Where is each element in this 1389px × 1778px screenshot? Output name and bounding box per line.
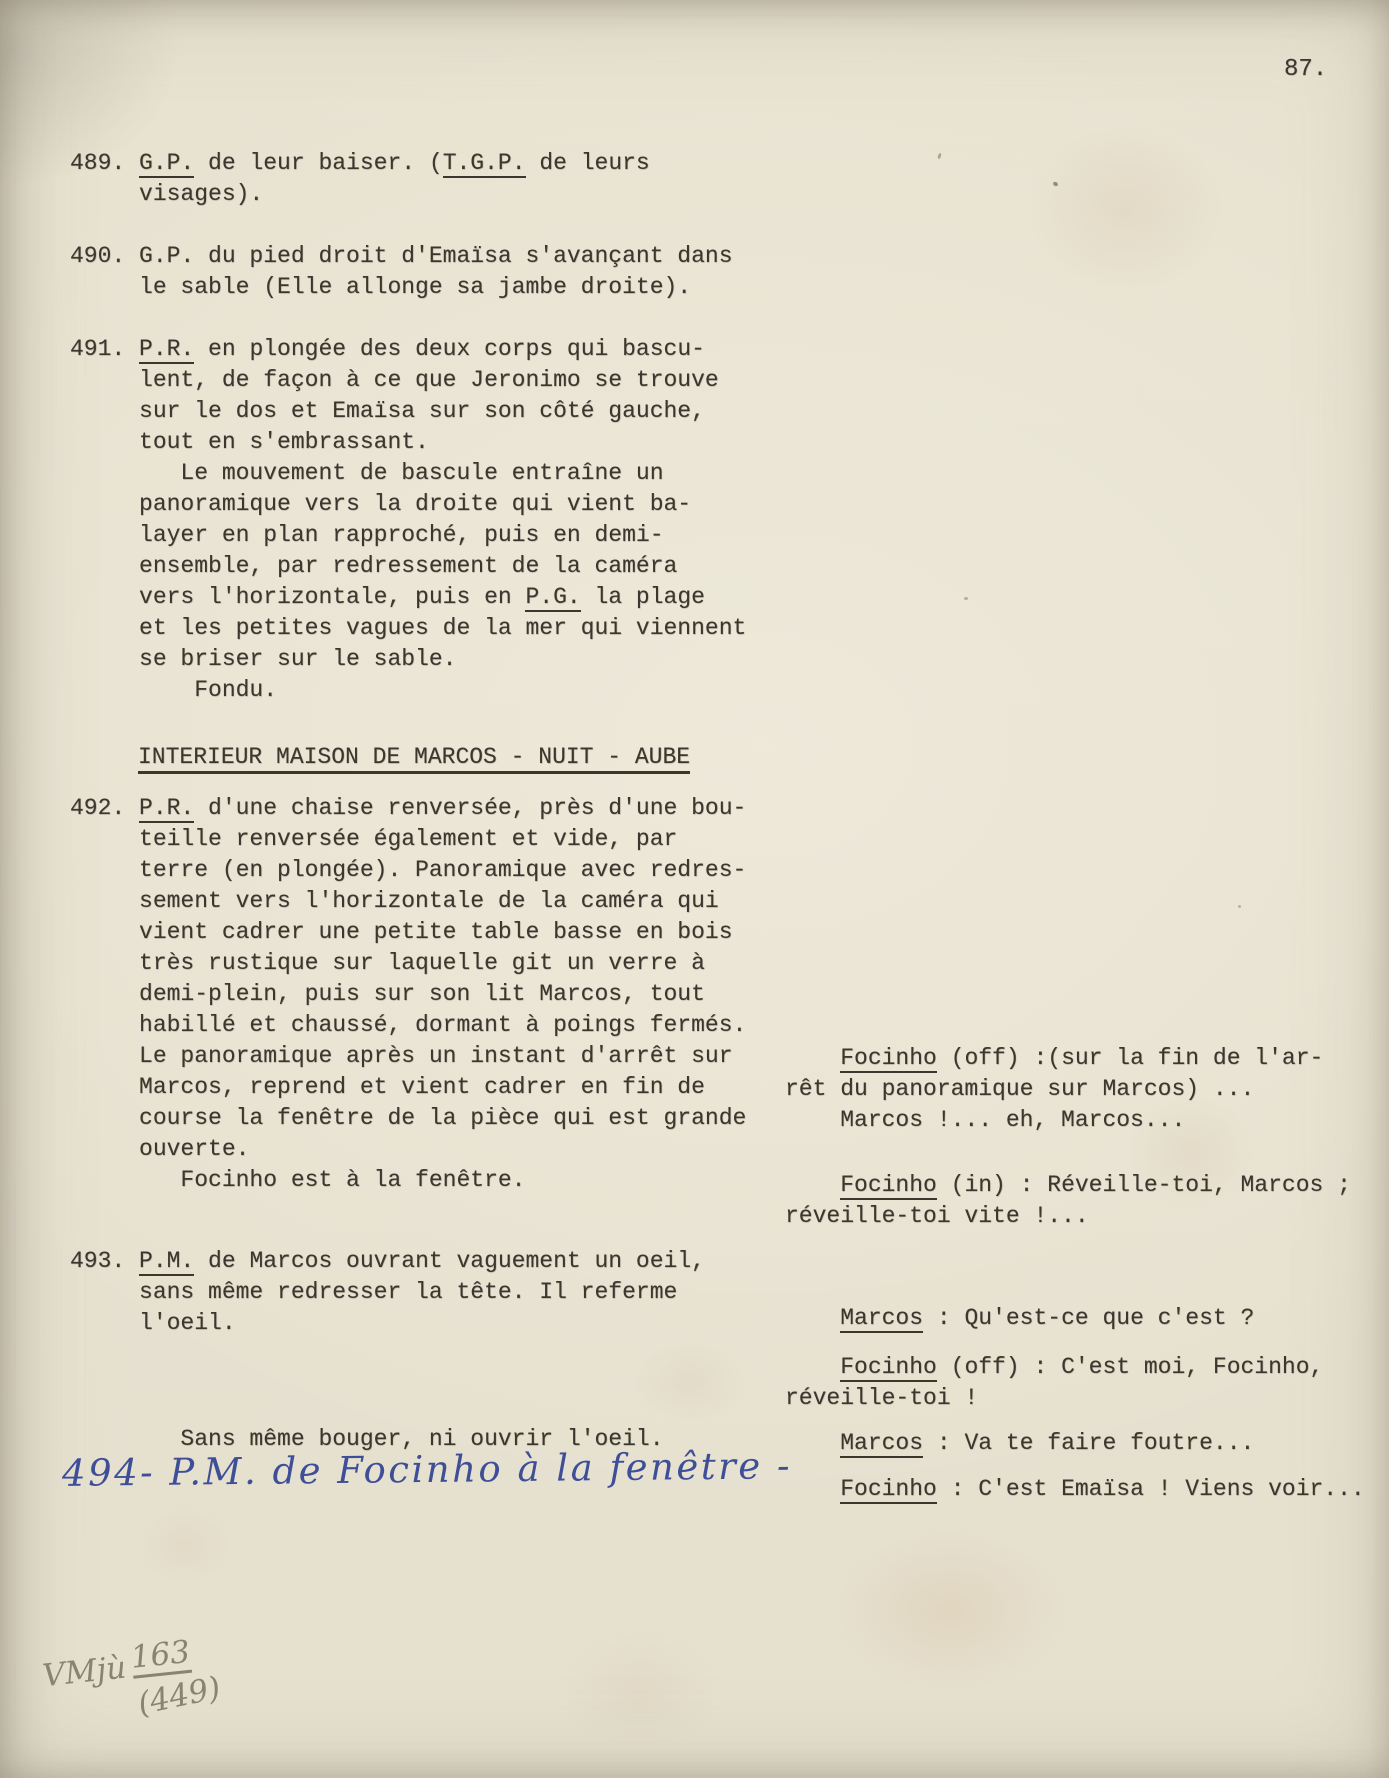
text-segment: (off) :(sur la fin de l'ar-	[937, 1045, 1323, 1071]
text-line: Focinho (off) :(sur la fin de l'ar-	[785, 1043, 1323, 1074]
text-segment: 491.	[70, 336, 139, 362]
text-line: Marcos !... eh, Marcos...	[785, 1105, 1323, 1136]
underlined-text: Focinho	[840, 1045, 937, 1073]
text-segment: Fondu.	[70, 677, 277, 703]
text-segment: sement vers l'horizontale de la caméra q…	[70, 888, 719, 914]
text-segment: de leur baiser. (	[194, 150, 442, 176]
text-segment	[785, 1045, 840, 1071]
dialogue-focinho-off-1: Focinho (off) :(sur la fin de l'ar-rêt d…	[785, 1043, 1323, 1136]
text-line: sans même redresser la tête. Il referme	[70, 1277, 705, 1308]
text-segment: réveille-toi vite !...	[785, 1203, 1089, 1229]
text-line: Focinho (off) : C'est moi, Focinho,	[785, 1352, 1323, 1383]
text-segment: la plage	[581, 584, 705, 610]
text-line: terre (en plongée). Panoramique avec red…	[70, 855, 746, 886]
underlined-text: Focinho	[840, 1172, 937, 1200]
text-line: Focinho (in) : Réveille-toi, Marcos ;	[785, 1170, 1351, 1201]
text-line: sement vers l'horizontale de la caméra q…	[70, 886, 746, 917]
text-segment: 489.	[70, 150, 139, 176]
text-line: vient cadrer une petite table basse en b…	[70, 917, 746, 948]
text-line: Fondu.	[70, 675, 746, 706]
script-page: 87. 489. G.P. de leur baiser. (T.G.P. de…	[0, 0, 1389, 1778]
text-segment	[785, 1305, 840, 1331]
text-segment: ouverte.	[70, 1136, 249, 1162]
underlined-text: Marcos	[840, 1430, 923, 1458]
underlined-text: Focinho	[840, 1476, 937, 1504]
paper-speck	[937, 153, 942, 160]
text-line: ensemble, par redressement de la caméra	[70, 551, 746, 582]
underlined-text: P.G.	[525, 584, 580, 612]
text-segment: Marcos !... eh, Marcos...	[785, 1107, 1185, 1133]
text-segment: le sable (Elle allonge sa jambe droite).	[70, 274, 691, 300]
text-segment: vient cadrer une petite table basse en b…	[70, 919, 733, 945]
dialogue-focinho-emaisa: Focinho : C'est Emaïsa ! Viens voir...	[785, 1474, 1365, 1505]
text-segment	[785, 1430, 840, 1456]
text-segment: 492.	[70, 795, 139, 821]
shot-492: 492. P.R. d'une chaise renversée, près d…	[70, 793, 746, 1196]
shot-490: 490. G.P. du pied droit d'Emaïsa s'avanç…	[70, 241, 733, 303]
text-segment: Focinho est à la fenêtre.	[70, 1167, 525, 1193]
text-line: tout en s'embrassant.	[70, 427, 746, 458]
text-line: Marcos : Va te faire foutre...	[785, 1428, 1254, 1459]
text-segment: en plongée des deux corps qui bascu-	[194, 336, 705, 362]
underlined-text: G.P.	[139, 150, 194, 178]
text-segment: visages).	[70, 181, 263, 207]
text-line: Focinho est à la fenêtre.	[70, 1165, 746, 1196]
dialogue-focinho-off-2: Focinho (off) : C'est moi, Focinho,révei…	[785, 1352, 1323, 1414]
text-segment: de leurs	[526, 150, 650, 176]
scene-heading: INTERIEUR MAISON DE MARCOS - NUIT - AUBE	[138, 742, 690, 773]
underlined-text: T.G.P.	[443, 150, 526, 178]
text-line: habillé et chaussé, dormant à poings fer…	[70, 1010, 746, 1041]
text-line: ouverte.	[70, 1134, 746, 1165]
text-line: 492. P.R. d'une chaise renversée, près d…	[70, 793, 746, 824]
text-segment: : Qu'est-ce que c'est ?	[923, 1305, 1254, 1331]
text-segment: sans même redresser la tête. Il referme	[70, 1279, 677, 1305]
text-segment: Le mouvement de bascule entraîne un	[70, 460, 664, 486]
text-segment: de Marcos ouvrant vaguement un oeil,	[194, 1248, 705, 1274]
text-line: Marcos, reprend et vient cadrer en fin d…	[70, 1072, 746, 1103]
text-line: et les petites vagues de la mer qui vien…	[70, 613, 746, 644]
text-segment: : Va te faire foutre...	[923, 1430, 1254, 1456]
underlined-text: Focinho	[840, 1354, 937, 1382]
handwritten-shot-494: 494- P.M. de Focinho à la fenêtre -	[62, 1444, 792, 1495]
text-line: très rustique sur laquelle git un verre …	[70, 948, 746, 979]
underlined-text: P.R.	[139, 336, 194, 364]
shot-489: 489. G.P. de leur baiser. (T.G.P. de leu…	[70, 148, 650, 210]
shot-491: 491. P.R. en plongée des deux corps qui …	[70, 334, 746, 706]
text-line: layer en plan rapproché, puis en demi-	[70, 520, 746, 551]
text-line: réveille-toi vite !...	[785, 1201, 1351, 1232]
underlined-text: P.R.	[139, 795, 194, 823]
paper-speck	[1238, 905, 1241, 908]
text-segment: lent, de façon à ce que Jeronimo se trou…	[70, 367, 719, 393]
text-line: Le mouvement de bascule entraîne un	[70, 458, 746, 489]
underlined-text: P.M.	[139, 1248, 194, 1276]
dialogue-focinho-in: Focinho (in) : Réveille-toi, Marcos ;rév…	[785, 1170, 1351, 1232]
text-segment: tout en s'embrassant.	[70, 429, 429, 455]
text-line: panoramique vers la droite qui vient ba-	[70, 489, 746, 520]
text-line: rêt du panoramique sur Marcos) ...	[785, 1074, 1323, 1105]
text-line: le sable (Elle allonge sa jambe droite).	[70, 272, 733, 303]
pencil-annotation: VMjù163 (449)	[41, 1641, 223, 1727]
text-segment	[785, 1354, 840, 1380]
text-line: visages).	[70, 179, 650, 210]
text-segment: vers l'horizontale, puis en	[70, 584, 525, 610]
text-line: Marcos : Qu'est-ce que c'est ?	[785, 1303, 1254, 1334]
text-line: l'oeil.	[70, 1308, 705, 1339]
text-segment: d'une chaise renversée, près d'une bou-	[194, 795, 746, 821]
pencil-ref-prefix: VMjù	[41, 1650, 128, 1695]
text-line: se briser sur le sable.	[70, 644, 746, 675]
text-line: 489. G.P. de leur baiser. (T.G.P. de leu…	[70, 148, 650, 179]
shot-493: 493. P.M. de Marcos ouvrant vaguement un…	[70, 1246, 705, 1339]
text-line: 493. P.M. de Marcos ouvrant vaguement un…	[70, 1246, 705, 1277]
paper-speck	[964, 597, 968, 600]
underlined-text: INTERIEUR MAISON DE MARCOS - NUIT - AUBE	[138, 744, 690, 774]
text-line: Focinho : C'est Emaïsa ! Viens voir...	[785, 1474, 1365, 1505]
text-segment: 490. G.P. du pied droit d'Emaïsa s'avanç…	[70, 243, 733, 269]
text-line: Le panoramique après un instant d'arrêt …	[70, 1041, 746, 1072]
dialogue-marcos-1: Marcos : Qu'est-ce que c'est ?	[785, 1303, 1254, 1334]
text-segment: ensemble, par redressement de la caméra	[70, 553, 677, 579]
text-line: 491. P.R. en plongée des deux corps qui …	[70, 334, 746, 365]
text-line: réveille-toi !	[785, 1383, 1323, 1414]
text-line: sur le dos et Emaïsa sur son côté gauche…	[70, 396, 746, 427]
text-line: INTERIEUR MAISON DE MARCOS - NUIT - AUBE	[138, 742, 690, 773]
text-segment: et les petites vagues de la mer qui vien…	[70, 615, 746, 641]
text-segment: (in) : Réveille-toi, Marcos ;	[937, 1172, 1351, 1198]
text-segment: terre (en plongée). Panoramique avec red…	[70, 857, 746, 883]
text-segment: (off) : C'est moi, Focinho,	[937, 1354, 1323, 1380]
text-segment: demi-plein, puis sur son lit Marcos, tou…	[70, 981, 705, 1007]
text-segment: habillé et chaussé, dormant à poings fer…	[70, 1012, 746, 1038]
text-segment: 493.	[70, 1248, 139, 1274]
dialogue-marcos-2: Marcos : Va te faire foutre...	[785, 1428, 1254, 1459]
text-segment: Le panoramique après un instant d'arrêt …	[70, 1043, 733, 1069]
text-segment: layer en plan rapproché, puis en demi-	[70, 522, 664, 548]
pencil-ref-number: 163	[129, 1634, 192, 1679]
text-line: 490. G.P. du pied droit d'Emaïsa s'avanç…	[70, 241, 733, 272]
text-segment: teille renversée également et vide, par	[70, 826, 677, 852]
page-number: 87.	[1284, 54, 1327, 85]
text-line: vers l'horizontale, puis en P.G. la plag…	[70, 582, 746, 613]
underlined-text: Marcos	[840, 1305, 923, 1333]
text-line: lent, de façon à ce que Jeronimo se trou…	[70, 365, 746, 396]
text-segment: très rustique sur laquelle git un verre …	[70, 950, 705, 976]
text-segment: réveille-toi !	[785, 1385, 978, 1411]
text-segment: se briser sur le sable.	[70, 646, 456, 672]
text-segment: rêt du panoramique sur Marcos) ...	[785, 1076, 1254, 1102]
text-segment	[785, 1172, 840, 1198]
text-segment: sur le dos et Emaïsa sur son côté gauche…	[70, 398, 705, 424]
text-line: course la fenêtre de la pièce qui est gr…	[70, 1103, 746, 1134]
text-line: teille renversée également et vide, par	[70, 824, 746, 855]
text-segment: Marcos, reprend et vient cadrer en fin d…	[70, 1074, 705, 1100]
text-segment: l'oeil.	[70, 1310, 236, 1336]
text-segment: : C'est Emaïsa ! Viens voir...	[937, 1476, 1365, 1502]
text-segment: course la fenêtre de la pièce qui est gr…	[70, 1105, 746, 1131]
text-segment: panoramique vers la droite qui vient ba-	[70, 491, 691, 517]
text-line: demi-plein, puis sur son lit Marcos, tou…	[70, 979, 746, 1010]
text-segment	[785, 1476, 840, 1502]
paper-speck	[1052, 181, 1058, 187]
